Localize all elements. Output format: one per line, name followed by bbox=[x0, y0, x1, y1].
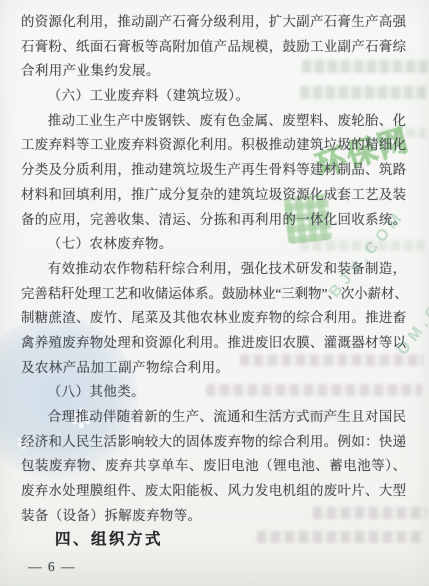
text-line: （八）其他类。 bbox=[21, 380, 406, 405]
text-line: 有效推动农作物秸秆综合利用，强化技术研发和装备制造， bbox=[21, 257, 406, 282]
page-number: — 6 — bbox=[28, 559, 76, 575]
text-line: 的资源化利用，推动副产石膏分级利用，扩大副产石膏生产高强 bbox=[21, 10, 406, 35]
document-body: 的资源化利用，推动副产石膏分级利用，扩大副产石膏生产高强石膏粉、纸面石膏板等高附… bbox=[21, 10, 406, 553]
text-line: 及农林产品加工副产物综合利用。 bbox=[21, 356, 406, 381]
text-line: 制糖蔗渣、废竹、尾菜及其他农林业废弃物的综合利用。推进畜 bbox=[21, 306, 406, 331]
text-line: 废弃水处理膜组件、废太阳能板、风力发电机组的废叶片、大型 bbox=[21, 479, 406, 504]
text-line: （六）工业废弃料（建筑垃圾）。 bbox=[21, 84, 406, 109]
text-line: 经济和人民生活影响较大的固体废弃物的综合利用。例如：快递 bbox=[21, 430, 406, 455]
text-line: 分类及分质利用，推动建筑垃圾生产再生骨料等建材制品、筑路 bbox=[21, 158, 406, 183]
text-line: 石膏粉、纸面石膏板等高附加值产品规模，鼓励工业副产石膏综 bbox=[21, 35, 406, 60]
text-line: 包装废弃物、废弃共享单车、废旧电池（锂电池、蓄电池等）、 bbox=[21, 454, 406, 479]
section-heading: 四、组织方式 bbox=[21, 528, 406, 553]
text-line: 合理推动伴随着新的生产、流通和生活方式而产生且对国民 bbox=[21, 405, 406, 430]
text-line: 装备（设备）拆解废弃物等。 bbox=[21, 504, 406, 529]
scanned-document-page: ✻ ✻ 环保网 BJX.COM OM.CN 的资源化利用，推动副产石膏分级利用，… bbox=[0, 0, 429, 586]
text-line: 工废弃料等工业废弃料资源化利用。积极推动建筑垃圾的精细化 bbox=[21, 133, 406, 158]
text-line: 合利用产业集约发展。 bbox=[21, 59, 406, 84]
text-line: （七）农林废弃物。 bbox=[21, 232, 406, 257]
text-line: 完善秸秆处理工艺和收储运体系。鼓励林业“三剩物”、次小薪材、 bbox=[21, 282, 406, 307]
text-line: 推动工业生产中废钢铁、废有色金属、废塑料、废轮胎、化 bbox=[21, 109, 406, 134]
text-line: 禽养殖废弃物处理和资源化利用。推进废旧农膜、灌溉器材等以 bbox=[21, 331, 406, 356]
text-line: 备的应用，完善收集、清运、分拣和再利用的一体化回收系统。 bbox=[21, 208, 406, 233]
text-line: 材料和回填利用，推广成分复杂的建筑垃圾资源化成套工艺及装 bbox=[21, 183, 406, 208]
